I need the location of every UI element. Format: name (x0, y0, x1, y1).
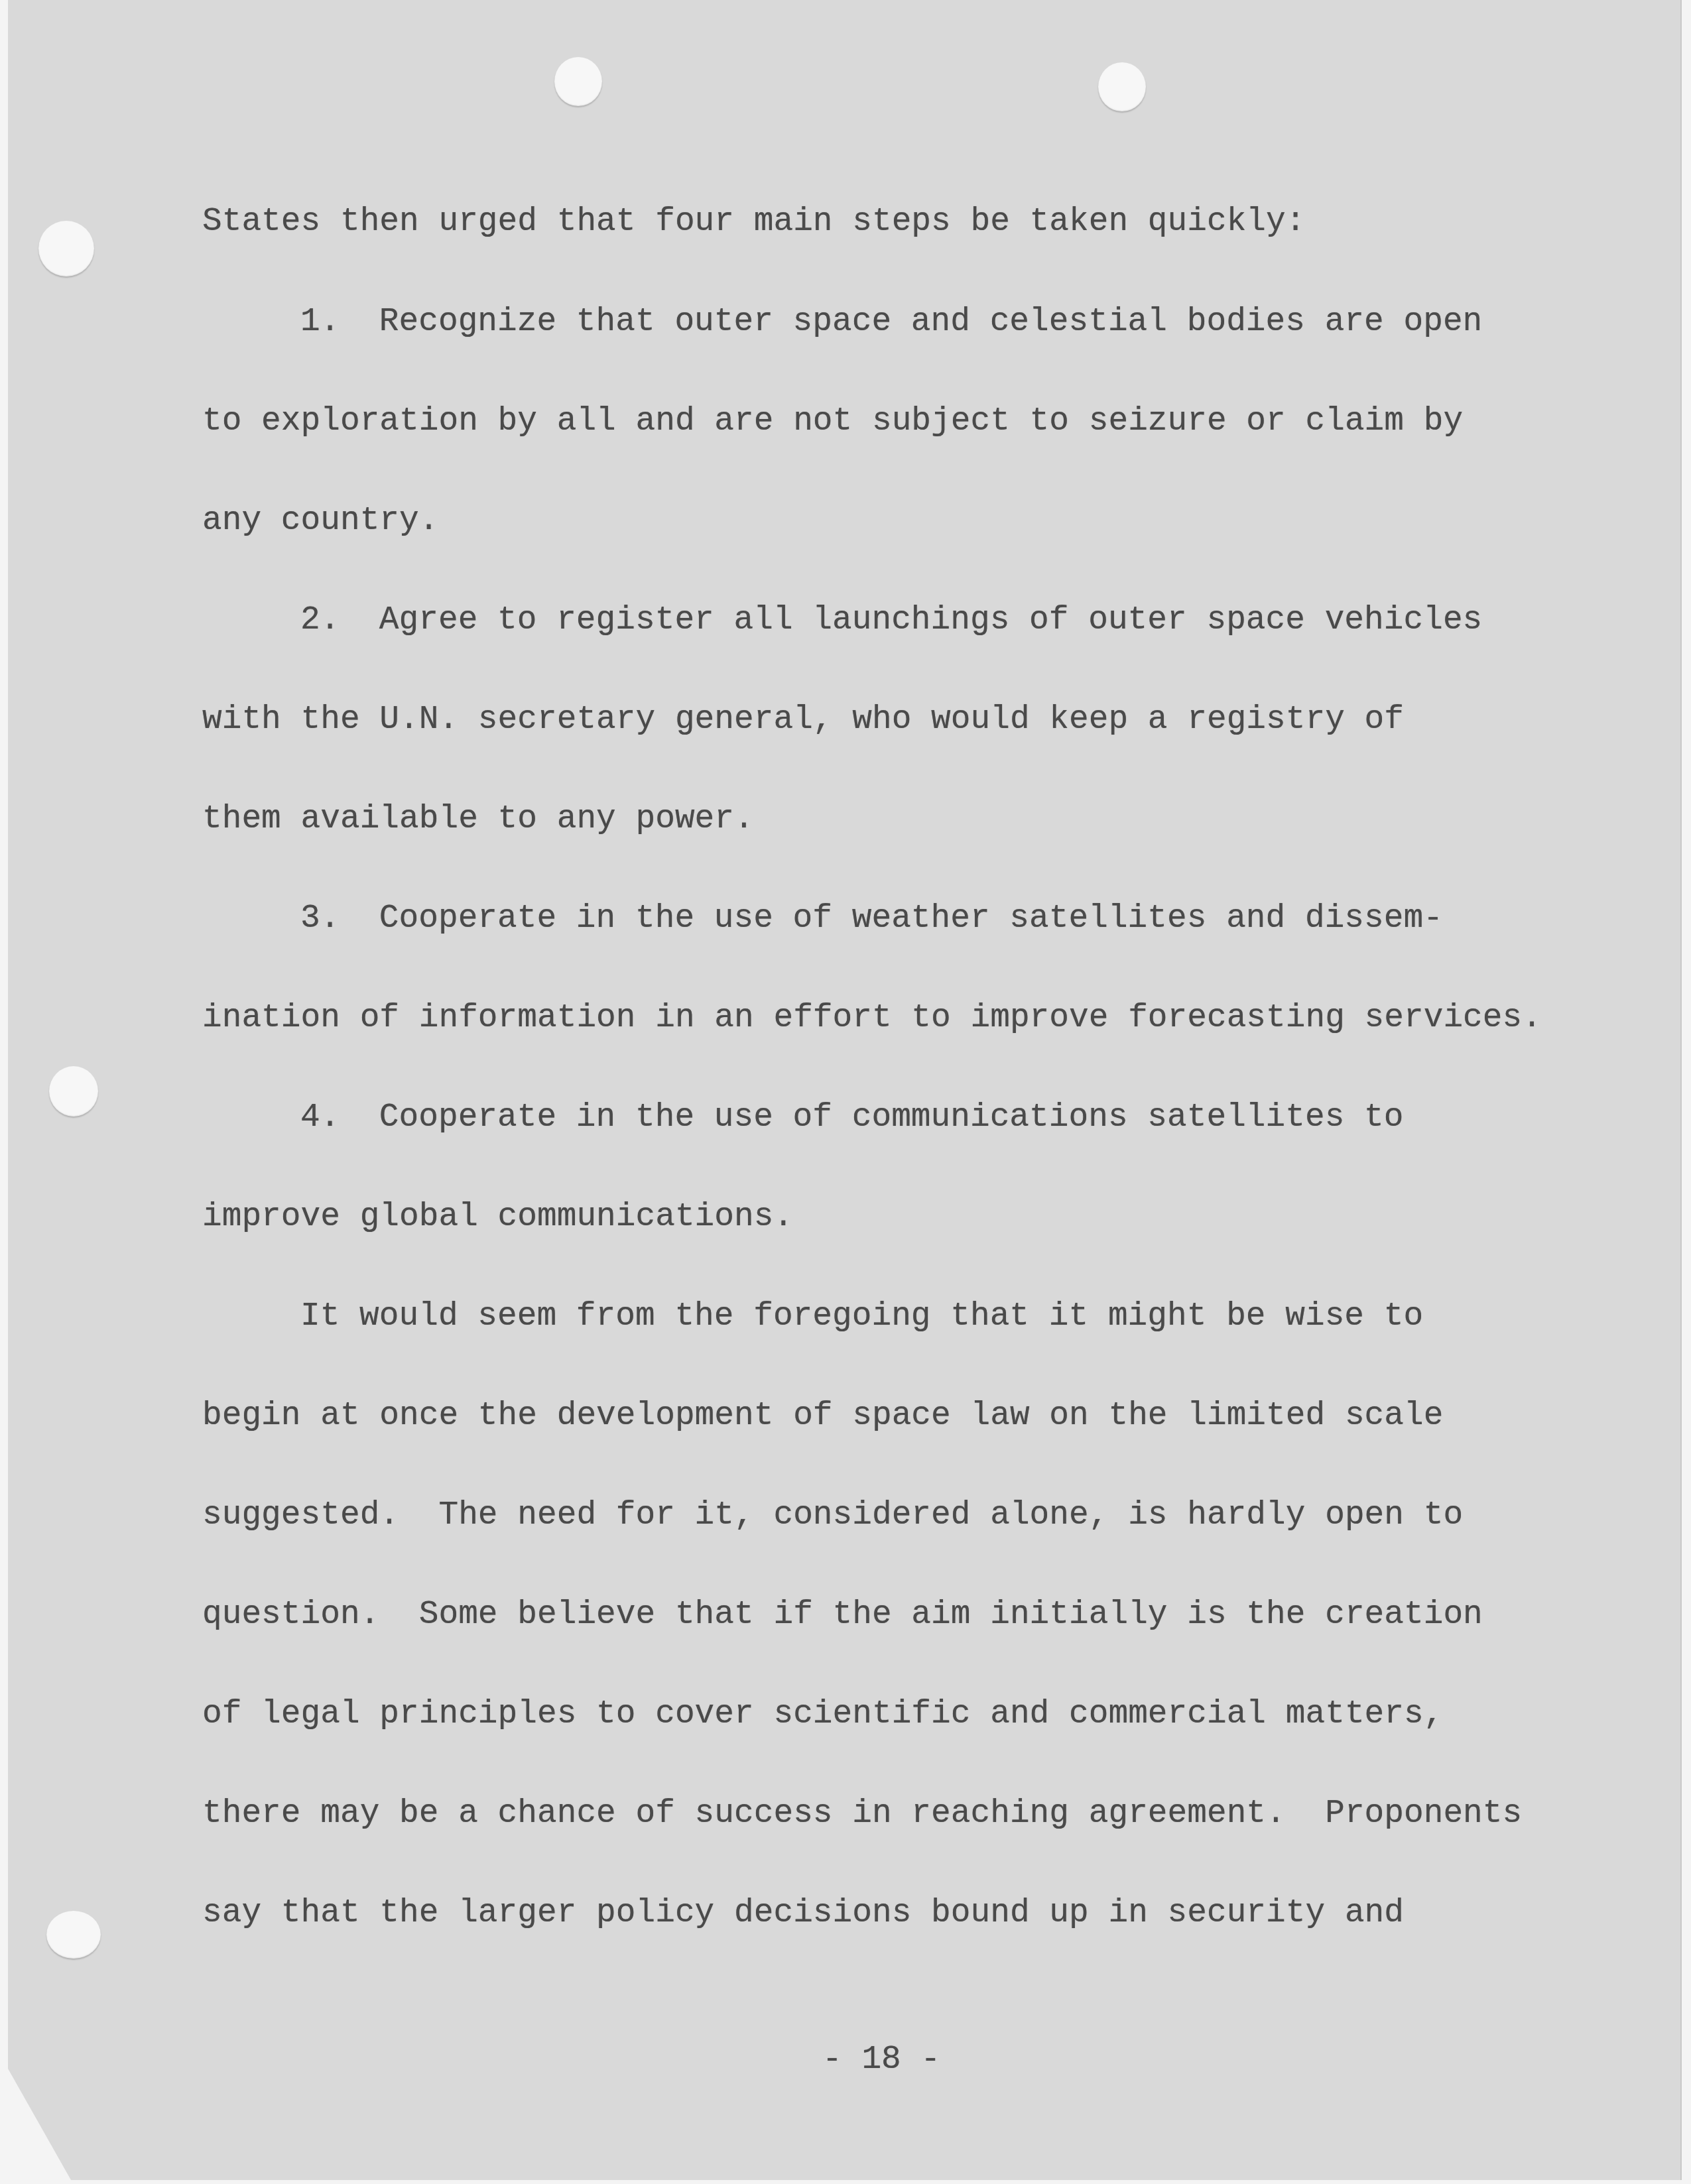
text-line: say that the larger policy decisions bou… (202, 1893, 1404, 1933)
list-item-2-line: 2. Agree to register all launchings of o… (300, 600, 1482, 640)
text-line: begin at once the development of space l… (202, 1396, 1443, 1435)
list-item-3-line: 3. Cooperate in the use of weather satel… (300, 898, 1443, 938)
text-line: there may be a chance of success in reac… (202, 1793, 1522, 1833)
text-line: improve global communications. (202, 1197, 793, 1237)
punch-hole-side-middle (49, 1066, 98, 1117)
punch-hole-side-bottom (46, 1911, 101, 1959)
page-number: - 18 - (822, 2039, 940, 2079)
text-line: any country. (202, 501, 438, 540)
punch-hole-top-right (1098, 62, 1146, 111)
text-line: ination of information in an effort to i… (202, 998, 1542, 1038)
paragraph-start-line: It would seem from the foregoing that it… (300, 1296, 1423, 1336)
text-line: to exploration by all and are not subjec… (202, 401, 1463, 441)
text-line: them available to any power. (202, 799, 754, 839)
text-line: question. Some believe that if the aim i… (202, 1595, 1483, 1634)
list-item-1-line: 1. Recognize that outer space and celest… (300, 302, 1482, 341)
punch-hole-side-top (38, 221, 94, 276)
text-line: of legal principles to cover scientific … (202, 1694, 1443, 1734)
text-line: suggested. The need for it, considered a… (202, 1495, 1463, 1535)
punch-hole-top-left (554, 57, 602, 106)
list-item-4-line: 4. Cooperate in the use of communication… (300, 1097, 1403, 1137)
text-line: States then urged that four main steps b… (202, 202, 1305, 241)
text-line: with the U.N. secretary general, who wou… (202, 699, 1404, 739)
